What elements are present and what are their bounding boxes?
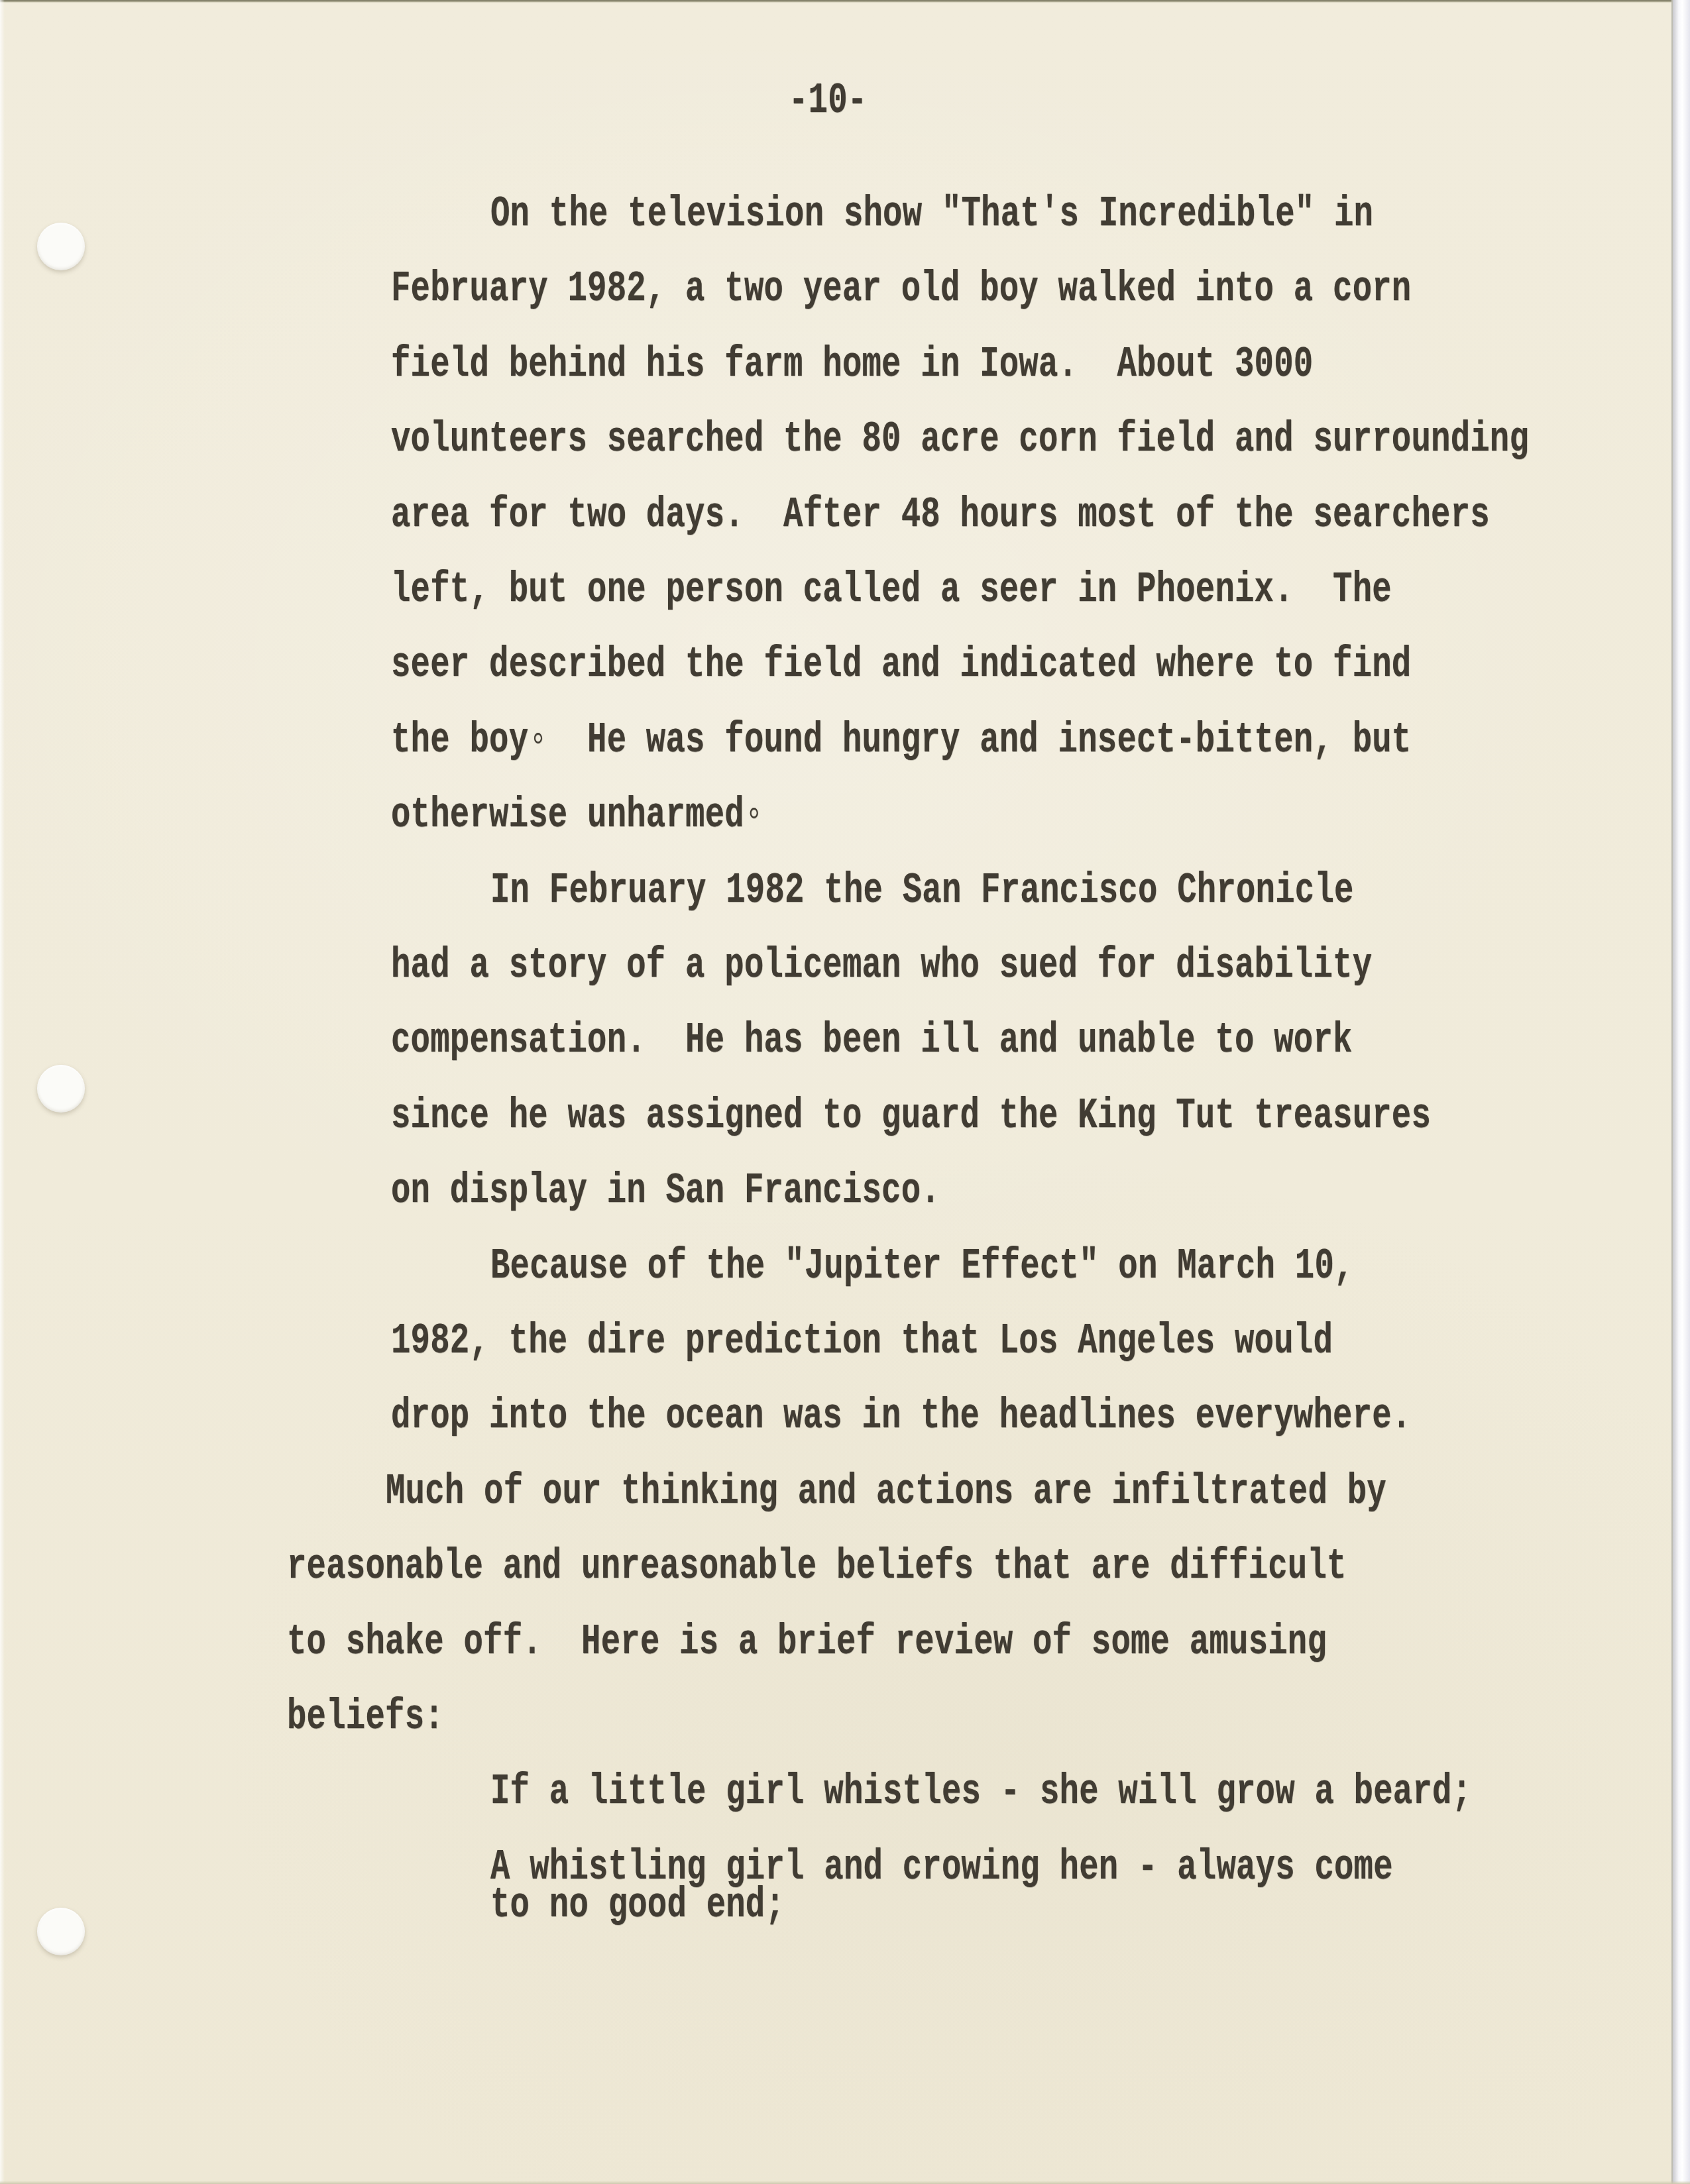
scan-left-edge (0, 0, 5, 2184)
scan-right-edge (1671, 0, 1690, 2184)
typewritten-line: since he was assigned to guard the King … (391, 1095, 1431, 1138)
typewritten-line: reasonable and unreasonable beliefs that… (287, 1545, 1347, 1588)
typewritten-line: drop into the ocean was in the headlines… (391, 1395, 1411, 1438)
typewritten-line: to no good end; (490, 1884, 785, 1927)
typewritten-line: If a little girl whistles - she will gro… (490, 1771, 1471, 1814)
typewritten-line: 1982, the dire prediction that Los Angel… (391, 1320, 1333, 1363)
typewritten-line: Because of the "Jupiter Effect" on March… (490, 1245, 1354, 1288)
typewritten-line: had a story of a policeman who sued for … (391, 944, 1372, 987)
typewritten-line: field behind his farm home in Iowa. Abou… (391, 343, 1313, 386)
typewritten-line: to shake off. Here is a brief review of … (287, 1621, 1327, 1664)
typewritten-line: seer described the field and indicated w… (391, 643, 1411, 686)
punch-hole (37, 1065, 85, 1113)
typewritten-line: otherwise unharmed◦ (391, 794, 764, 837)
scanned-typewritten-page: -10- On the television show "That's Incr… (0, 0, 1690, 2184)
punch-hole (37, 223, 85, 270)
typewritten-line: volunteers searched the 80 acre corn fie… (391, 418, 1529, 461)
typewritten-line: In February 1982 the San Francisco Chron… (490, 869, 1354, 912)
typewritten-line: area for two days. After 48 hours most o… (391, 494, 1490, 537)
typewritten-line: February 1982, a two year old boy walked… (391, 268, 1411, 311)
typewritten-line: left, but one person called a seer in Ph… (391, 569, 1392, 612)
typewritten-line: on display in San Francisco. (391, 1170, 940, 1213)
typewritten-line: beliefs: (287, 1696, 444, 1739)
typewritten-line: compensation. He has been ill and unable… (391, 1019, 1353, 1062)
typewritten-line: On the television show "That's Incredibl… (490, 193, 1373, 236)
typewritten-line: the boy◦ He was found hungry and insect-… (391, 719, 1411, 762)
scan-top-edge (0, 0, 1690, 3)
page-number: -10- (789, 80, 867, 123)
scan-bottom-edge (0, 2181, 1690, 2184)
typewritten-line: Much of our thinking and actions are inf… (386, 1470, 1386, 1513)
punch-hole (37, 1908, 85, 1955)
